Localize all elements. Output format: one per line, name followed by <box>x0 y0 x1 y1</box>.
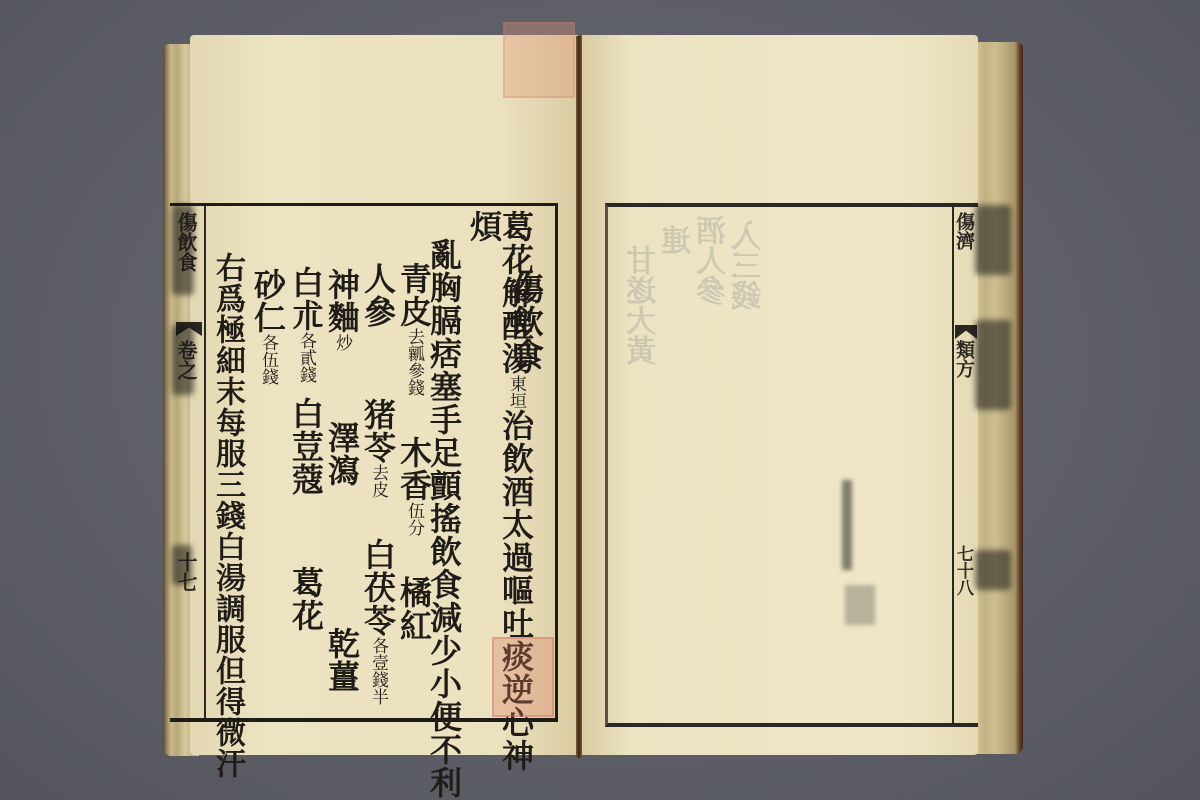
preparation-instructions: 右爲極細末每服三錢白湯調服但得微汗 <box>212 252 242 779</box>
ingredient: 人參 <box>359 262 397 328</box>
margin-divider-line <box>952 207 954 723</box>
right-margin-title: 傷濟 <box>954 212 973 250</box>
ingredient-column-5: 砂仁各伍錢 <box>252 268 284 385</box>
margin-divider-line <box>204 206 206 718</box>
ink-smudge <box>172 205 194 295</box>
ingredient: 澤瀉 <box>323 421 361 487</box>
ingredient: 橘紅 <box>395 576 433 642</box>
ink-smudge <box>975 320 1011 410</box>
ingredient-column-1: 青皮去瓤參錢木香伍分橘紅 <box>398 262 430 642</box>
ingredient: 白荳蔻 <box>287 397 325 496</box>
ink-blot <box>842 480 852 570</box>
ingredient: 猪苓 <box>359 398 397 464</box>
ingredient: 木香 <box>395 436 433 502</box>
ingredient: 青皮 <box>395 262 433 328</box>
book-gutter <box>576 36 582 758</box>
ink-blot <box>845 585 875 625</box>
ink-smudge <box>975 205 1011 275</box>
ingredient-column-2: 人參猪苓去皮白茯苓各壹錢半 <box>362 262 394 705</box>
ingredient: 葛花 <box>287 566 325 632</box>
show-through-text: 入三錢 <box>735 220 765 310</box>
show-through-text: 甘遂大黃 <box>630 245 660 365</box>
right-margin-category: 類方 <box>954 340 973 378</box>
ingredient: 砂仁 <box>249 268 287 334</box>
ink-smudge <box>172 325 194 395</box>
right-margin-page-number: 七十八 <box>954 545 971 596</box>
ink-smudge <box>172 545 192 585</box>
red-seal-stamp-bottom <box>492 637 554 717</box>
ingredient-column-3: 神麯炒澤瀉乾薑 <box>326 268 358 693</box>
ingredient: 白朮 <box>287 266 325 332</box>
fish-tail-mark <box>955 325 977 339</box>
ingredient: 白茯苓 <box>359 538 397 637</box>
ingredient: 神麯 <box>323 268 361 334</box>
ingredient-column-4: 白朮各貳錢白荳蔻葛花 <box>290 266 322 632</box>
author-note: 東垣 <box>506 375 526 409</box>
show-through-text: 連 <box>665 225 695 255</box>
show-through-text: 酒人參 <box>700 215 730 305</box>
open-book: 傷飲食 卷之 十七 傷飲食 葛花解酲湯東垣治飲酒太過嘔吐痰逆心神煩 亂胸膈痞塞手… <box>0 0 1200 800</box>
red-seal-stamp-top <box>503 22 575 98</box>
ingredient: 乾薑 <box>323 627 361 693</box>
ink-smudge <box>975 550 1011 590</box>
